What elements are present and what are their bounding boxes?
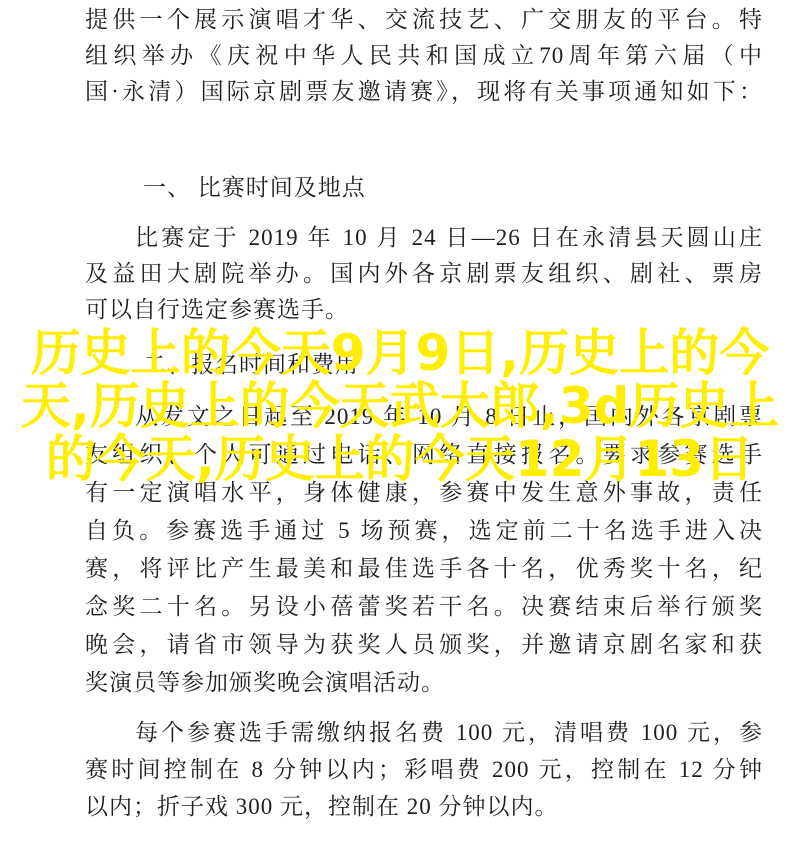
document-text-line: 每个参赛选手需缴纳报名费 100 元，清唱费 100 元，参 xyxy=(85,714,763,751)
section-heading: 一、 比赛时间及地点 xyxy=(85,172,763,204)
document-text-line: 比赛定于 2019 年 10 月 24 日—26 日在永清县天圆山庄 xyxy=(85,220,763,256)
document-text-line: 国·永清）国际京剧票友邀请赛》，现将有关事项通知如下： xyxy=(85,74,763,110)
section-1-heading-block: 一、 比赛时间及地点 xyxy=(85,172,763,204)
document-text-line: 赛，将评比产生最美和最佳选手各十名，优秀奖十名，纪 xyxy=(85,550,763,588)
document-text-line: 组织举办《庆祝中华人民共和国成立70周年第六届（中 xyxy=(85,38,763,74)
document-text-line: 及益田大剧院举办。国内外各京剧票友组织、剧社、票房 xyxy=(85,256,763,292)
section-1-paragraph: 比赛定于 2019 年 10 月 24 日—26 日在永清县天圆山庄 及益田大剧… xyxy=(85,220,763,328)
document-text-line: 提供一个展示演唱才华、交流技艺、广交朋友的平台。特 xyxy=(85,2,763,38)
document-text-line: 以内；折子戏 300 元，控制在 20 分钟以内。 xyxy=(85,788,763,825)
document-text-line: 赛时间控制在 8 分钟以内；彩唱费 200 元，控制在 12 分钟 xyxy=(85,751,763,788)
section-2-paragraph-2: 每个参赛选手需缴纳报名费 100 元，清唱费 100 元，参 赛时间控制在 8 … xyxy=(85,714,763,825)
document-text-line: 自负。参赛选手通过 5 场预赛，选定前二十名选手进入决 xyxy=(85,512,763,550)
document-text-line: 奖演员等参加颁奖晚会演唱活动。 xyxy=(85,664,763,702)
document-page: 提供一个展示演唱才华、交流技艺、广交朋友的平台。特 组织举办《庆祝中华人民共和国… xyxy=(0,0,800,852)
document-text-line: 晚会，请省市领导为获奖人员颁奖，并邀请京剧名家和获 xyxy=(85,626,763,664)
seo-watermark-overlay-text: 历史上的今天9月9日,历史上的今天,历史上的今天武大郎,3d历史上的今天,历史上… xyxy=(8,327,792,486)
document-text-line: 可以自行选定参赛选手。 xyxy=(85,292,763,328)
document-text-line: 念奖二十名。另设小蓓蕾奖若干名。决赛结束后举行颁奖 xyxy=(85,588,763,626)
intro-paragraph: 提供一个展示演唱才华、交流技艺、广交朋友的平台。特 组织举办《庆祝中华人民共和国… xyxy=(85,2,763,110)
